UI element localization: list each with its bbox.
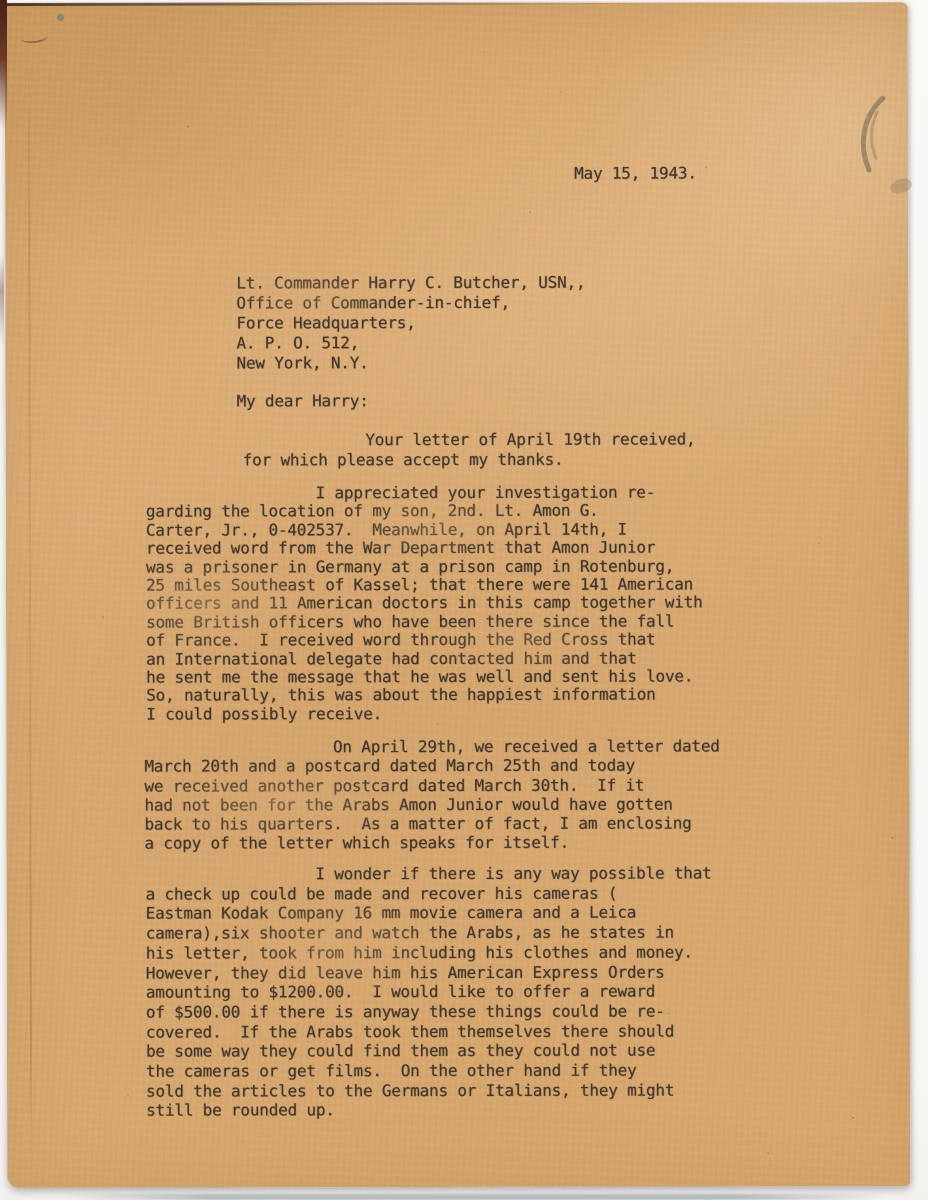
paragraph: On April 29th, we received a letter date…	[144, 736, 720, 853]
date-line: May 15, 1943.	[574, 163, 697, 183]
letter-page: May 15, 1943. Lt. Commander Harry C. But…	[5, 2, 910, 1188]
paragraph: Your letter of April 19th received, for …	[243, 430, 696, 470]
scanner-bottom-band	[64, 1194, 886, 1200]
paragraph: I appreciated your investigation re- gar…	[146, 483, 703, 723]
paragraph: I wonder if there is any way possible th…	[146, 863, 713, 1120]
recipient-address: Lt. Commander Harry C. Butcher, USN,, Of…	[236, 273, 585, 374]
salutation: My dear Harry:	[237, 391, 369, 411]
letter-body: Your letter of April 19th received, for …	[5, 2, 908, 4]
scan-background: May 15, 1943. Lt. Commander Harry C. But…	[0, 0, 928, 1200]
page-crease	[28, 44, 32, 1164]
pencil-scribble-mark	[843, 92, 921, 200]
scan-dot-mark	[57, 14, 64, 21]
scan-edge-mark	[0, 255, 4, 345]
scan-edge-mark	[0, 0, 7, 130]
